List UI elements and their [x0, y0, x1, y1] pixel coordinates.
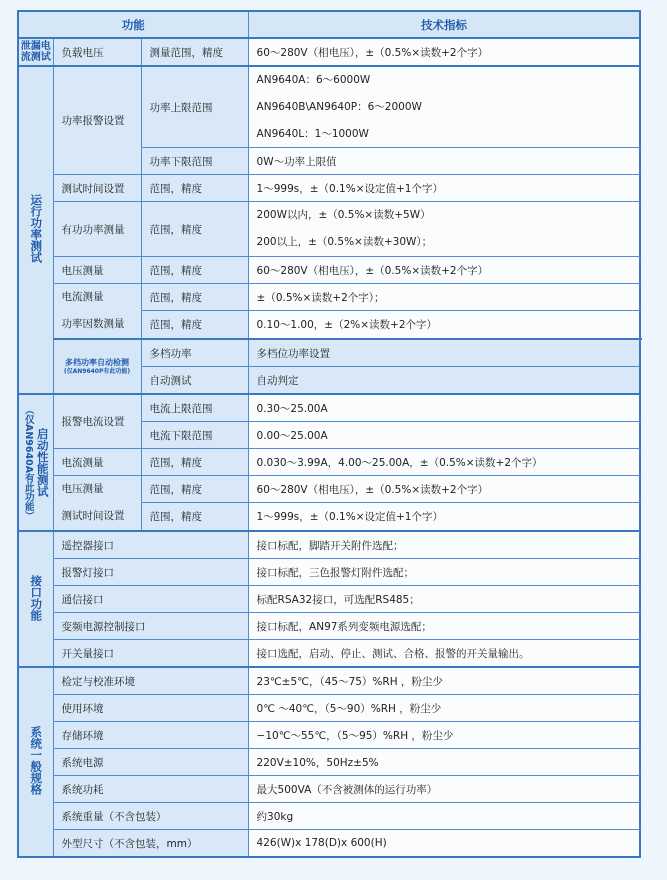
group-running-label: 运行功率测试: [29, 194, 42, 263]
row-value: 0W～功率上限值: [248, 148, 640, 175]
row-param: 功率上限范围: [141, 66, 248, 148]
row-param: 范围，精度: [141, 311, 248, 339]
table-row: 启动性能测试 （仅AN9640A有此功能） 报警电流设置 电流上限范围 0.30…: [18, 394, 640, 422]
group-general-title: 系统一般规格: [18, 667, 53, 857]
row-value: 426(W)x 178(D)x 600(H): [248, 830, 640, 858]
row-param: 范围，精度: [141, 503, 248, 531]
row-value: 220V±10%，50Hz±5%: [248, 749, 640, 776]
row-param: 测量范围，精度: [141, 38, 248, 66]
table-row: 通信接口 标配RSA32接口，可选配RS485；: [18, 586, 640, 613]
row-value: 0.30～25.00A: [248, 394, 640, 422]
row-value-multi: 200W以内，±（0.5%×读数+5W） 200以上，±（0.5%×读数+30W…: [248, 202, 640, 257]
row-item: 遥控器接口: [53, 531, 248, 559]
row-item-stack: 电压测量 测试时间设置: [53, 476, 141, 532]
table-row: 系统一般规格 检定与校准环境 23℃±5℃，（45～75）%RH ，粉尘少: [18, 667, 640, 695]
group-leakage-title: 泄漏电流测试: [18, 38, 53, 66]
group-running-title: 运行功率测试: [18, 66, 53, 394]
row-param: 功率下限范围: [141, 148, 248, 175]
row-value: 0.030～3.99A，4.00～25.00A，±（0.5%×读数+2个字）: [248, 449, 640, 476]
row-value: 1～999s，±（0.1%×设定值+1个字）: [248, 503, 640, 531]
row-item: 自动测试: [141, 367, 248, 395]
table-row: 报警灯接口 接口标配，三色报警灯附件选配；: [18, 559, 640, 586]
row-item: 变频电源控制接口: [53, 613, 248, 640]
table-row: 系统功耗 最大500VA（不含被测体的运行功率）: [18, 776, 640, 803]
row-param: 范围，精度: [141, 175, 248, 202]
row-param: 范围，精度: [141, 476, 248, 503]
header-function: 功能: [18, 11, 248, 38]
table-row: 泄漏电流测试 负载电压 测量范围，精度 60～280V（相电压），±（0.5%×…: [18, 38, 640, 66]
row-item: 电压测量: [54, 476, 141, 503]
row-item: 功率因数测量: [54, 311, 141, 338]
row-item: 负载电压: [53, 38, 141, 66]
table-row: 电流测量 功率因数测量 范围，精度 ±（0.5%×读数+2个字）；: [18, 284, 640, 311]
row-item-stack: 电流测量 功率因数测量: [53, 284, 141, 340]
row-param: 多档位功率设置: [248, 339, 640, 367]
table-row: 电压测量 范围，精度 60～280V（相电压），±（0.5%×读数+2个字）: [18, 257, 640, 284]
group-multistep-label: 多档功率自动检测: [54, 358, 141, 368]
row-value: 0.00～25.00A: [248, 422, 640, 449]
row-item: 报警灯接口: [53, 559, 248, 586]
group-multistep-note: (仅AN9640P有此功能): [54, 368, 141, 375]
row-item: 电流测量: [53, 449, 141, 476]
spec-table-container: 功能 技术指标 泄漏电流测试 负载电压 测量范围，精度 60～280V（相电压）…: [17, 10, 639, 858]
value-line: AN9640B\AN9640P：6～2000W: [257, 94, 640, 121]
row-item: 测试时间设置: [54, 503, 141, 530]
row-value-multi: AN9640A：6～6000W AN9640B\AN9640P：6～2000W …: [248, 66, 640, 148]
row-item: 开关量接口: [53, 640, 248, 668]
header-spec: 技术指标: [248, 11, 640, 38]
row-value: 60～280V（相电压），±（0.5%×读数+2个字）: [248, 38, 640, 66]
row-item: 测试时间设置: [53, 175, 141, 202]
row-item: 功率报警设置: [53, 66, 141, 175]
row-param: 电流下限范围: [141, 422, 248, 449]
value-line: AN9640A：6～6000W: [257, 67, 640, 94]
row-item: 存储环境: [53, 722, 248, 749]
group-interface-label: 接口功能: [29, 575, 42, 621]
row-param: 范围，精度: [141, 202, 248, 257]
table-row: 外型尺寸（不含包装，mm） 426(W)x 178(D)x 600(H): [18, 830, 640, 858]
row-item: 系统功耗: [53, 776, 248, 803]
row-item: 外型尺寸（不含包装，mm）: [53, 830, 248, 858]
table-row: 开关量接口 接口选配，启动、停止、测试、合格、报警的开关量输出。: [18, 640, 640, 668]
value-line: 200以上，±（0.5%×读数+30W）；: [257, 229, 640, 256]
table-row: 多档功率自动检测 (仅AN9640P有此功能) 多档功率 多档位功率设置 两组联…: [18, 339, 640, 367]
row-param: 范围，精度: [141, 257, 248, 284]
row-param: 范围，精度: [141, 449, 248, 476]
row-item: 多档功率: [141, 339, 248, 367]
row-value: 接口标配，脚踏开关附件选配；: [248, 531, 640, 559]
table-row: 变频电源控制接口 接口标配，AN97系列变频电源选配；: [18, 613, 640, 640]
spec-table: 功能 技术指标 泄漏电流测试 负载电压 测量范围，精度 60～280V（相电压）…: [17, 10, 641, 858]
row-value: ±（0.5%×读数+2个字）；: [248, 284, 640, 311]
row-value: 0℃ ～40℃，（5～90）%RH ，粉尘少: [248, 695, 640, 722]
row-value: 标配RSA32接口，可选配RS485；: [248, 586, 640, 613]
row-item: 电流测量: [54, 284, 141, 311]
row-item: 使用环境: [53, 695, 248, 722]
row-item: 检定与校准环境: [53, 667, 248, 695]
row-value: 约30kg: [248, 803, 640, 830]
row-value: 23℃±5℃，（45～75）%RH ，粉尘少: [248, 667, 640, 695]
row-item: 报警电流设置: [53, 394, 141, 449]
row-item: 有功功率测量: [53, 202, 141, 257]
value-line: AN9640L：1～1000W: [257, 121, 640, 147]
row-value: 1～999s，±（0.1%×设定值+1个字）: [248, 175, 640, 202]
table-header: 功能 技术指标: [18, 11, 640, 38]
row-value: 接口选配，启动、停止、测试、合格、报警的开关量输出。: [248, 640, 640, 668]
row-value: 0.10～1.00，±（2%×读数+2个字）: [248, 311, 640, 339]
row-value: 接口标配，AN97系列变频电源选配；: [248, 613, 640, 640]
row-param: 电流上限范围: [141, 394, 248, 422]
group-startup-label: 启动性能测试: [36, 428, 49, 497]
group-general-label: 系统一般规格: [29, 726, 42, 795]
row-item: 通信接口: [53, 586, 248, 613]
row-item: 系统电源: [53, 749, 248, 776]
row-value: 60～280V（相电压），±（0.5%×读数+2个字）: [248, 257, 640, 284]
row-param: 自动判定: [248, 367, 640, 395]
row-param: 范围，精度: [141, 284, 248, 311]
group-interface-title: 接口功能: [18, 531, 53, 667]
table-row: 系统电源 220V±10%，50Hz±5%: [18, 749, 640, 776]
group-startup-title: 启动性能测试 （仅AN9640A有此功能）: [18, 394, 53, 531]
table-row: 接口功能 遥控器接口 接口标配，脚踏开关附件选配；: [18, 531, 640, 559]
row-value: 60～280V（相电压），±（0.5%×读数+2个字）: [248, 476, 640, 503]
value-line: 200W以内，±（0.5%×读数+5W）: [257, 202, 640, 229]
group-startup-note: （仅AN9640A有此功能）: [23, 405, 33, 521]
table-row: 有功功率测量 范围，精度 200W以内，±（0.5%×读数+5W） 200以上，…: [18, 202, 640, 257]
table-row: 测试时间设置 范围，精度 1～999s，±（0.1%×设定值+1个字）: [18, 175, 640, 202]
table-row: 系统重量（不含包装） 约30kg: [18, 803, 640, 830]
row-item: 电压测量: [53, 257, 141, 284]
table-row: 使用环境 0℃ ～40℃，（5～90）%RH ，粉尘少: [18, 695, 640, 722]
table-row: 电压测量 测试时间设置 范围，精度 60～280V（相电压），±（0.5%×读数…: [18, 476, 640, 503]
row-value: −10℃～55℃，（5～95）%RH ，粉尘少: [248, 722, 640, 749]
group-multistep-title: 多档功率自动检测 (仅AN9640P有此功能): [53, 339, 141, 394]
row-item: 系统重量（不含包装）: [53, 803, 248, 830]
row-value: 接口标配，三色报警灯附件选配；: [248, 559, 640, 586]
table-row: 运行功率测试 功率报警设置 功率上限范围 AN9640A：6～6000W AN9…: [18, 66, 640, 148]
table-row: 电流测量 范围，精度 0.030～3.99A，4.00～25.00A，±（0.5…: [18, 449, 640, 476]
table-row: 存储环境 −10℃～55℃，（5～95）%RH ，粉尘少: [18, 722, 640, 749]
row-value: 最大500VA（不含被测体的运行功率）: [248, 776, 640, 803]
